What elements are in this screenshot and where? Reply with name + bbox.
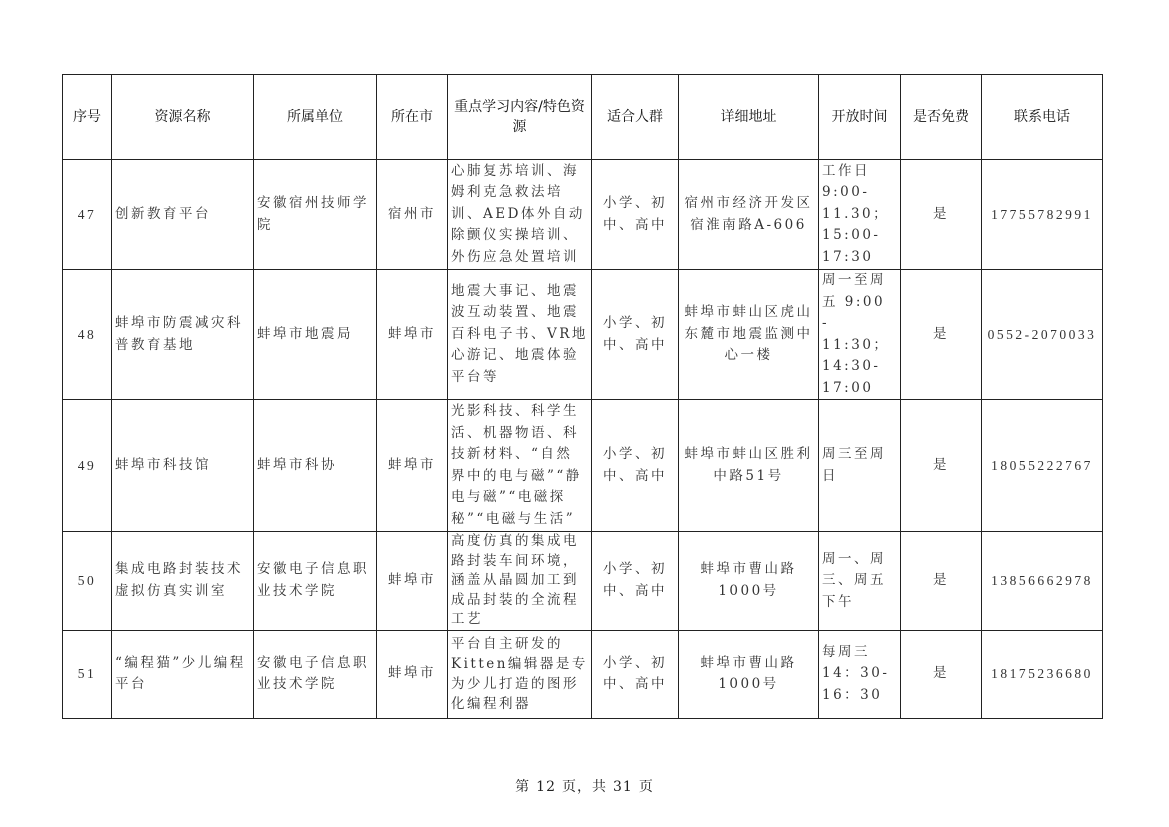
- cell-audience: 小学、初中、高中: [592, 630, 679, 718]
- cell-free: 是: [901, 630, 982, 718]
- cell-address: 宿州市经济开发区宿淮南路A-606: [679, 160, 819, 270]
- cell-city: 蚌埠市: [377, 532, 448, 631]
- header-audience: 适合人群: [592, 75, 679, 160]
- cell-phone: 13856662978: [982, 532, 1103, 631]
- cell-free: 是: [901, 400, 982, 532]
- cell-index: 51: [63, 630, 112, 718]
- cell-unit: 安徽电子信息职业技术学院: [254, 532, 377, 631]
- document-page: 序号 资源名称 所属单位 所在市 重点学习内容/特色资源 适合人群 详细地址 开…: [0, 0, 1169, 827]
- cell-index: 50: [63, 532, 112, 631]
- header-address: 详细地址: [679, 75, 819, 160]
- cell-index: 49: [63, 400, 112, 532]
- cell-hours: 工作日 9:00-11.30；15:00-17:30: [819, 160, 901, 270]
- header-free: 是否免费: [901, 75, 982, 160]
- cell-free: 是: [901, 160, 982, 270]
- page-footer: 第12页，共31页: [0, 776, 1169, 796]
- cell-free: 是: [901, 532, 982, 631]
- current-page-number: 12: [536, 779, 556, 795]
- cell-address: 蚌埠市蚌山区胜利中路51号: [679, 400, 819, 532]
- resource-table: 序号 资源名称 所属单位 所在市 重点学习内容/特色资源 适合人群 详细地址 开…: [62, 74, 1103, 719]
- table-row: 49 蚌埠市科技馆 蚌埠市科协 蚌埠市 光影科技、科学生活、机器物语、科技新材料…: [63, 400, 1103, 532]
- cell-content: 心肺复苏培训、海姆利克急救法培训、AED体外自动除颤仪实操培训、外伤应急处置培训: [448, 160, 592, 270]
- cell-content: 光影科技、科学生活、机器物语、科技新材料、“自然界中的电与磁”“静电与磁”“电磁…: [448, 400, 592, 532]
- cell-name: 集成电路封装技术虚拟仿真实训室: [112, 532, 254, 631]
- cell-phone: 0552-2070033: [982, 270, 1103, 400]
- cell-name: 创新教育平台: [112, 160, 254, 270]
- cell-phone: 18175236680: [982, 630, 1103, 718]
- table-row: 48 蚌埠市防震减灾科普教育基地 蚌埠市地震局 蚌埠市 地震大事记、地震波互动装…: [63, 270, 1103, 400]
- cell-city: 蚌埠市: [377, 630, 448, 718]
- header-index: 序号: [63, 75, 112, 160]
- total-page-count: 31: [613, 779, 633, 795]
- cell-audience: 小学、初中、高中: [592, 270, 679, 400]
- cell-content: 高度仿真的集成电路封装车间环境，涵盖从晶圆加工到成品封装的全流程工艺: [448, 532, 592, 631]
- cell-content: 平台自主研发的Kitten编辑器是专为少儿打造的图形化编程利器: [448, 630, 592, 718]
- header-phone: 联系电话: [982, 75, 1103, 160]
- cell-hours: 每周三 14：30-16：30: [819, 630, 901, 718]
- footer-prefix: 第: [515, 779, 530, 795]
- cell-hours: 周一至周五 9:00 - 11:30；14:30-17:00: [819, 270, 901, 400]
- header-name: 资源名称: [112, 75, 254, 160]
- cell-address: 蚌埠市蚌山区虎山东麓市地震监测中心一楼: [679, 270, 819, 400]
- cell-city: 蚌埠市: [377, 270, 448, 400]
- cell-name: “编程猫”少儿编程平台: [112, 630, 254, 718]
- header-hours: 开放时间: [819, 75, 901, 160]
- cell-unit: 安徽电子信息职业技术学院: [254, 630, 377, 718]
- cell-audience: 小学、初中、高中: [592, 160, 679, 270]
- cell-hours: 周一、周三、周五下午: [819, 532, 901, 631]
- table-header-row: 序号 资源名称 所属单位 所在市 重点学习内容/特色资源 适合人群 详细地址 开…: [63, 75, 1103, 160]
- cell-phone: 17755782991: [982, 160, 1103, 270]
- cell-index: 47: [63, 160, 112, 270]
- cell-audience: 小学、初中、高中: [592, 400, 679, 532]
- cell-phone: 18055222767: [982, 400, 1103, 532]
- header-unit: 所属单位: [254, 75, 377, 160]
- table-row: 47 创新教育平台 安徽宿州技师学院 宿州市 心肺复苏培训、海姆利克急救法培训、…: [63, 160, 1103, 270]
- table-row: 51 “编程猫”少儿编程平台 安徽电子信息职业技术学院 蚌埠市 平台自主研发的K…: [63, 630, 1103, 718]
- footer-suffix: 页: [639, 779, 654, 795]
- cell-audience: 小学、初中、高中: [592, 532, 679, 631]
- cell-content: 地震大事记、地震波互动装置、地震百科电子书、VR地心游记、地震体验平台等: [448, 270, 592, 400]
- cell-hours: 周三至周日: [819, 400, 901, 532]
- table-row: 50 集成电路封装技术虚拟仿真实训室 安徽电子信息职业技术学院 蚌埠市 高度仿真…: [63, 532, 1103, 631]
- header-city: 所在市: [377, 75, 448, 160]
- footer-middle: 页，共: [562, 779, 607, 795]
- cell-city: 宿州市: [377, 160, 448, 270]
- cell-unit: 蚌埠市地震局: [254, 270, 377, 400]
- cell-free: 是: [901, 270, 982, 400]
- cell-name: 蚌埠市科技馆: [112, 400, 254, 532]
- cell-city: 蚌埠市: [377, 400, 448, 532]
- cell-unit: 蚌埠市科协: [254, 400, 377, 532]
- header-content: 重点学习内容/特色资源: [448, 75, 592, 160]
- cell-address: 蚌埠市曹山路1000号: [679, 630, 819, 718]
- cell-unit: 安徽宿州技师学院: [254, 160, 377, 270]
- cell-name: 蚌埠市防震减灾科普教育基地: [112, 270, 254, 400]
- cell-address: 蚌埠市曹山路1000号: [679, 532, 819, 631]
- cell-index: 48: [63, 270, 112, 400]
